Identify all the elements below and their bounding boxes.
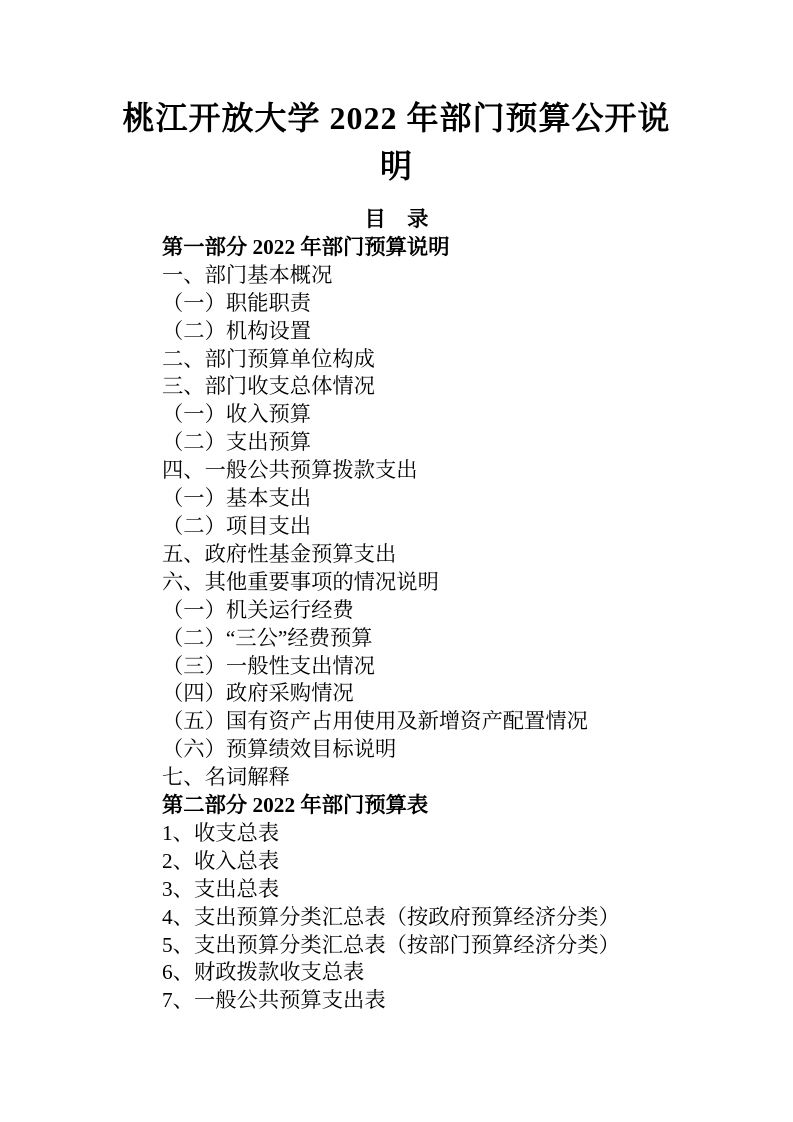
toc-item: （一）基本支出 <box>162 485 733 513</box>
toc-item: 3、支出总表 <box>162 876 733 904</box>
toc-item: （五）国有资产占用使用及新增资产配置情况 <box>162 708 733 736</box>
toc-item: 六、其他重要事项的情况说明 <box>162 569 733 597</box>
toc-heading: 目 录 <box>0 206 793 234</box>
toc-item: （二）项目支出 <box>162 513 733 541</box>
toc-item: （二）机构设置 <box>162 318 733 346</box>
toc-item: 7、一般公共预算支出表 <box>162 987 733 1015</box>
document-title-line2: 明 <box>0 142 793 190</box>
toc-list: 第一部分 2022 年部门预算说明 一、部门基本概况 （一）职能职责 （二）机构… <box>0 234 793 1015</box>
toc-item: 2、收入总表 <box>162 848 733 876</box>
toc-item: 四、一般公共预算拨款支出 <box>162 457 733 485</box>
document-page: 桃江开放大学 2022 年部门预算公开说 明 目 录 第一部分 2022 年部门… <box>0 0 793 1122</box>
toc-item: 第一部分 2022 年部门预算说明 <box>162 234 733 262</box>
toc-item: （一）职能职责 <box>162 290 733 318</box>
document-title: 桃江开放大学 2022 年部门预算公开说 明 <box>0 0 793 190</box>
toc-item: 6、财政拨款收支总表 <box>162 959 733 987</box>
toc-item: 五、政府性基金预算支出 <box>162 541 733 569</box>
toc-item: （二）“三公”经费预算 <box>162 625 733 653</box>
toc-item: 5、支出预算分类汇总表（按部门预算经济分类） <box>162 932 733 960</box>
toc-item: 4、支出预算分类汇总表（按政府预算经济分类） <box>162 904 733 932</box>
toc-item: （一）收入预算 <box>162 401 733 429</box>
toc-item: 一、部门基本概况 <box>162 262 733 290</box>
toc-item: （六）预算绩效目标说明 <box>162 736 733 764</box>
toc-item: 第二部分 2022 年部门预算表 <box>162 792 733 820</box>
toc-item: （四）政府采购情况 <box>162 680 733 708</box>
toc-item: （三）一般性支出情况 <box>162 653 733 681</box>
toc-item: 1、收支总表 <box>162 820 733 848</box>
toc-item: 七、名词解释 <box>162 764 733 792</box>
toc-item: （二）支出预算 <box>162 429 733 457</box>
toc-item: （一）机关运行经费 <box>162 597 733 625</box>
document-title-line1: 桃江开放大学 2022 年部门预算公开说 <box>0 94 793 142</box>
toc-item: 二、部门预算单位构成 <box>162 346 733 374</box>
toc-item: 三、部门收支总体情况 <box>162 373 733 401</box>
